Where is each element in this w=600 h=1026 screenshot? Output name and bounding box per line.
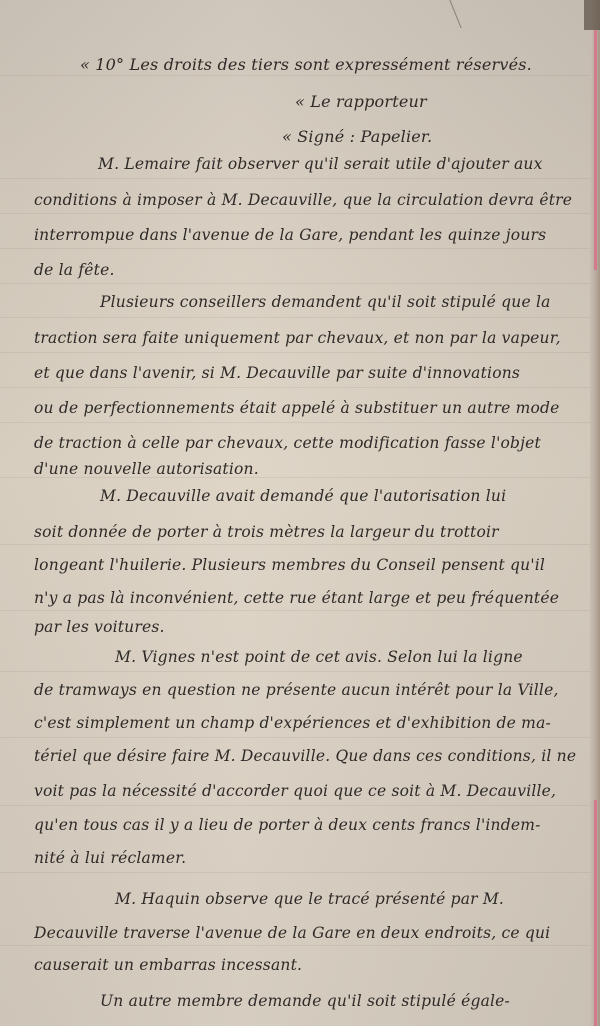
text-line: traction sera faite uniquement par cheva… [34, 329, 561, 347]
ruled-line [0, 872, 590, 873]
page-corner-shadow [584, 0, 600, 30]
text-line: n'y a pas là inconvénient, cette rue éta… [34, 589, 559, 607]
margin-line-bottom [594, 800, 597, 1026]
text-line: qu'en tous cas il y a lieu de porter à d… [34, 816, 541, 834]
text-line: soit donnée de porter à trois mètres la … [34, 523, 499, 541]
text-line: voit pas la nécessité d'accorder quoi qu… [34, 782, 556, 800]
text-line: interrompue dans l'avenue de la Gare, pe… [34, 226, 546, 244]
text-line: M. Lemaire fait observer qu'il serait ut… [98, 155, 543, 173]
ruled-line [0, 352, 590, 353]
text-line: Un autre membre demande qu'il soit stipu… [100, 992, 510, 1010]
text-line: Decauville traverse l'avenue de la Gare … [34, 924, 550, 942]
ruled-line [0, 317, 590, 318]
ruled-line [0, 544, 590, 545]
signature-line: « Signé : Papelier. [282, 127, 432, 146]
text-line: Plusieurs conseillers demandent qu'il so… [100, 293, 551, 311]
text-line: de tramways en question ne présente aucu… [34, 681, 559, 699]
ruled-line [0, 805, 590, 806]
margin-line-top [594, 30, 597, 270]
ruled-line [0, 671, 590, 672]
text-line: tériel que désire faire M. Decauville. Q… [34, 747, 576, 765]
page-corner-crease [449, 0, 491, 28]
ruled-line [0, 178, 590, 179]
ruled-line [0, 945, 590, 946]
ruled-line [0, 737, 590, 738]
text-line: de la fête. [34, 261, 115, 279]
text-line: M. Vignes n'est point de cet avis. Selon… [115, 648, 523, 666]
text-line: par les voitures. [34, 618, 165, 636]
ruled-line [0, 75, 590, 76]
clause-10-line: « 10° Les droits des tiers sont expressé… [80, 55, 532, 74]
text-line: c'est simplement un champ d'expériences … [34, 714, 551, 732]
text-line: longeant l'huilerie. Plusieurs membres d… [34, 556, 545, 574]
text-line: et que dans l'avenir, si M. Decauville p… [34, 364, 520, 382]
ruled-line [0, 422, 590, 423]
text-line: M. Decauville avait demandé que l'autori… [100, 487, 506, 505]
text-line: d'une nouvelle autorisation. [34, 460, 259, 478]
ruled-line [0, 283, 590, 284]
ruled-line [0, 213, 590, 214]
text-line: ou de perfectionnements était appelé à s… [34, 399, 560, 417]
text-line: nité à lui réclamer. [34, 849, 186, 867]
text-line: causerait un embarras incessant. [34, 956, 302, 974]
text-line: M. Haquin observe que le tracé présenté … [115, 890, 504, 908]
text-line: de traction à celle par chevaux, cette m… [34, 434, 541, 452]
manuscript-page: « 10° Les droits des tiers sont expressé… [0, 0, 600, 1026]
ruled-line [0, 387, 590, 388]
text-line: conditions à imposer à M. Decauville, qu… [34, 191, 572, 209]
rapporteur-label: « Le rapporteur [295, 92, 427, 111]
ruled-line [0, 610, 590, 611]
ruled-line [0, 248, 590, 249]
